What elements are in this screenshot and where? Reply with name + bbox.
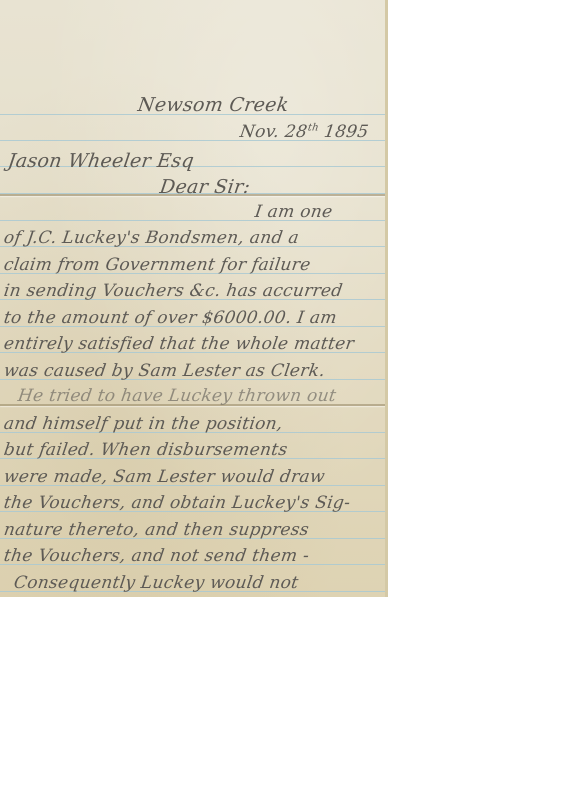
letter-line: were made, Sam Lester would draw [3, 467, 327, 487]
letter-date: Nov. 28th 1895 [239, 122, 370, 142]
date-suffix: th [307, 122, 320, 133]
letter-place: Newsom Creek [136, 94, 290, 116]
date-year: 1895 [323, 122, 370, 142]
letter-salutation: Dear Sir: [158, 176, 251, 198]
letter-line: claim from Government for failure [3, 255, 312, 275]
letter-line: but failed. When disbursements [3, 440, 289, 460]
letter-line: I am one [254, 202, 334, 222]
letter-line: was caused by Sam Lester as Clerk. [3, 361, 327, 381]
letter-line: the Vouchers, and obtain Luckey's Sig- [3, 493, 352, 513]
letter-line: the Vouchers, and not send them - [3, 546, 311, 566]
letter-line: in sending Vouchers &c. has accurred [3, 281, 344, 301]
letter-line: nature thereto, and then suppress [3, 520, 311, 540]
letter-line: to the amount of over $6000.00. I am [3, 308, 339, 328]
page-edge [385, 0, 388, 597]
letter-line: Consequently Luckey would not [13, 573, 300, 593]
letter-line: He tried to have Luckey thrown out [17, 386, 338, 406]
letter-line: entirely satisfied that the whole matter [3, 334, 356, 354]
date-day: Nov. 28 [239, 122, 309, 142]
letter-line: and himself put in the position, [3, 414, 284, 434]
letter-line: of J.C. Luckey's Bondsmen, and a [3, 228, 301, 248]
letter-page: Newsom Creek Nov. 28th 1895 Jason Wheele… [0, 0, 388, 597]
letter-recipient: Jason Wheeler Esq [6, 150, 195, 172]
